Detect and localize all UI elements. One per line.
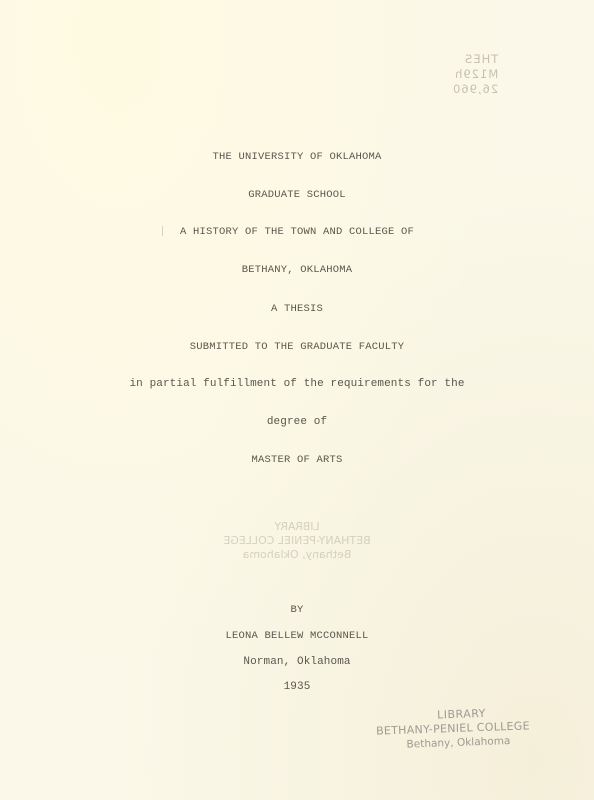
call-number-line: M129h	[452, 67, 498, 82]
degree-of-label: degree of	[0, 416, 594, 428]
call-number-bleedthrough: THES M129h 26,960	[452, 52, 498, 97]
ghost-stamp-line: LIBRARY	[0, 520, 594, 534]
place: Norman, Oklahoma	[0, 656, 594, 668]
thesis-title-page: THES M129h 26,960 THE UNIVERSITY OF OKLA…	[0, 0, 594, 800]
call-number-line: THES	[452, 52, 498, 67]
degree-name: MASTER OF ARTS	[0, 454, 594, 466]
call-number-line: 26,960	[452, 82, 498, 97]
year: 1935	[0, 681, 594, 693]
library-stamp-bleedthrough: LIBRARY BETHANY-PENIEL COLLEGE Bethany, …	[0, 520, 594, 562]
ghost-stamp-line: Bethany, Oklahoma	[0, 548, 594, 562]
thesis-title-line-1: A HISTORY OF THE TOWN AND COLLEGE OF	[0, 226, 594, 238]
library-stamp: LIBRARY BETHANY-PENIEL COLLEGE Bethany, …	[367, 705, 538, 753]
school-name: GRADUATE SCHOOL	[0, 189, 594, 201]
by-label: BY	[0, 604, 594, 616]
ghost-stamp-line: BETHANY-PENIEL COLLEGE	[0, 534, 594, 548]
thesis-title-line-2: BETHANY, OKLAHOMA	[0, 264, 594, 276]
fulfillment-statement: in partial fulfillment of the requiremen…	[0, 378, 594, 390]
submitted-statement: SUBMITTED TO THE GRADUATE FACULTY	[0, 341, 594, 353]
author-name: LEONA BELLEW MCCONNELL	[0, 630, 594, 642]
document-kind: A THESIS	[0, 303, 594, 315]
university-name: THE UNIVERSITY OF OKLAHOMA	[0, 151, 594, 163]
